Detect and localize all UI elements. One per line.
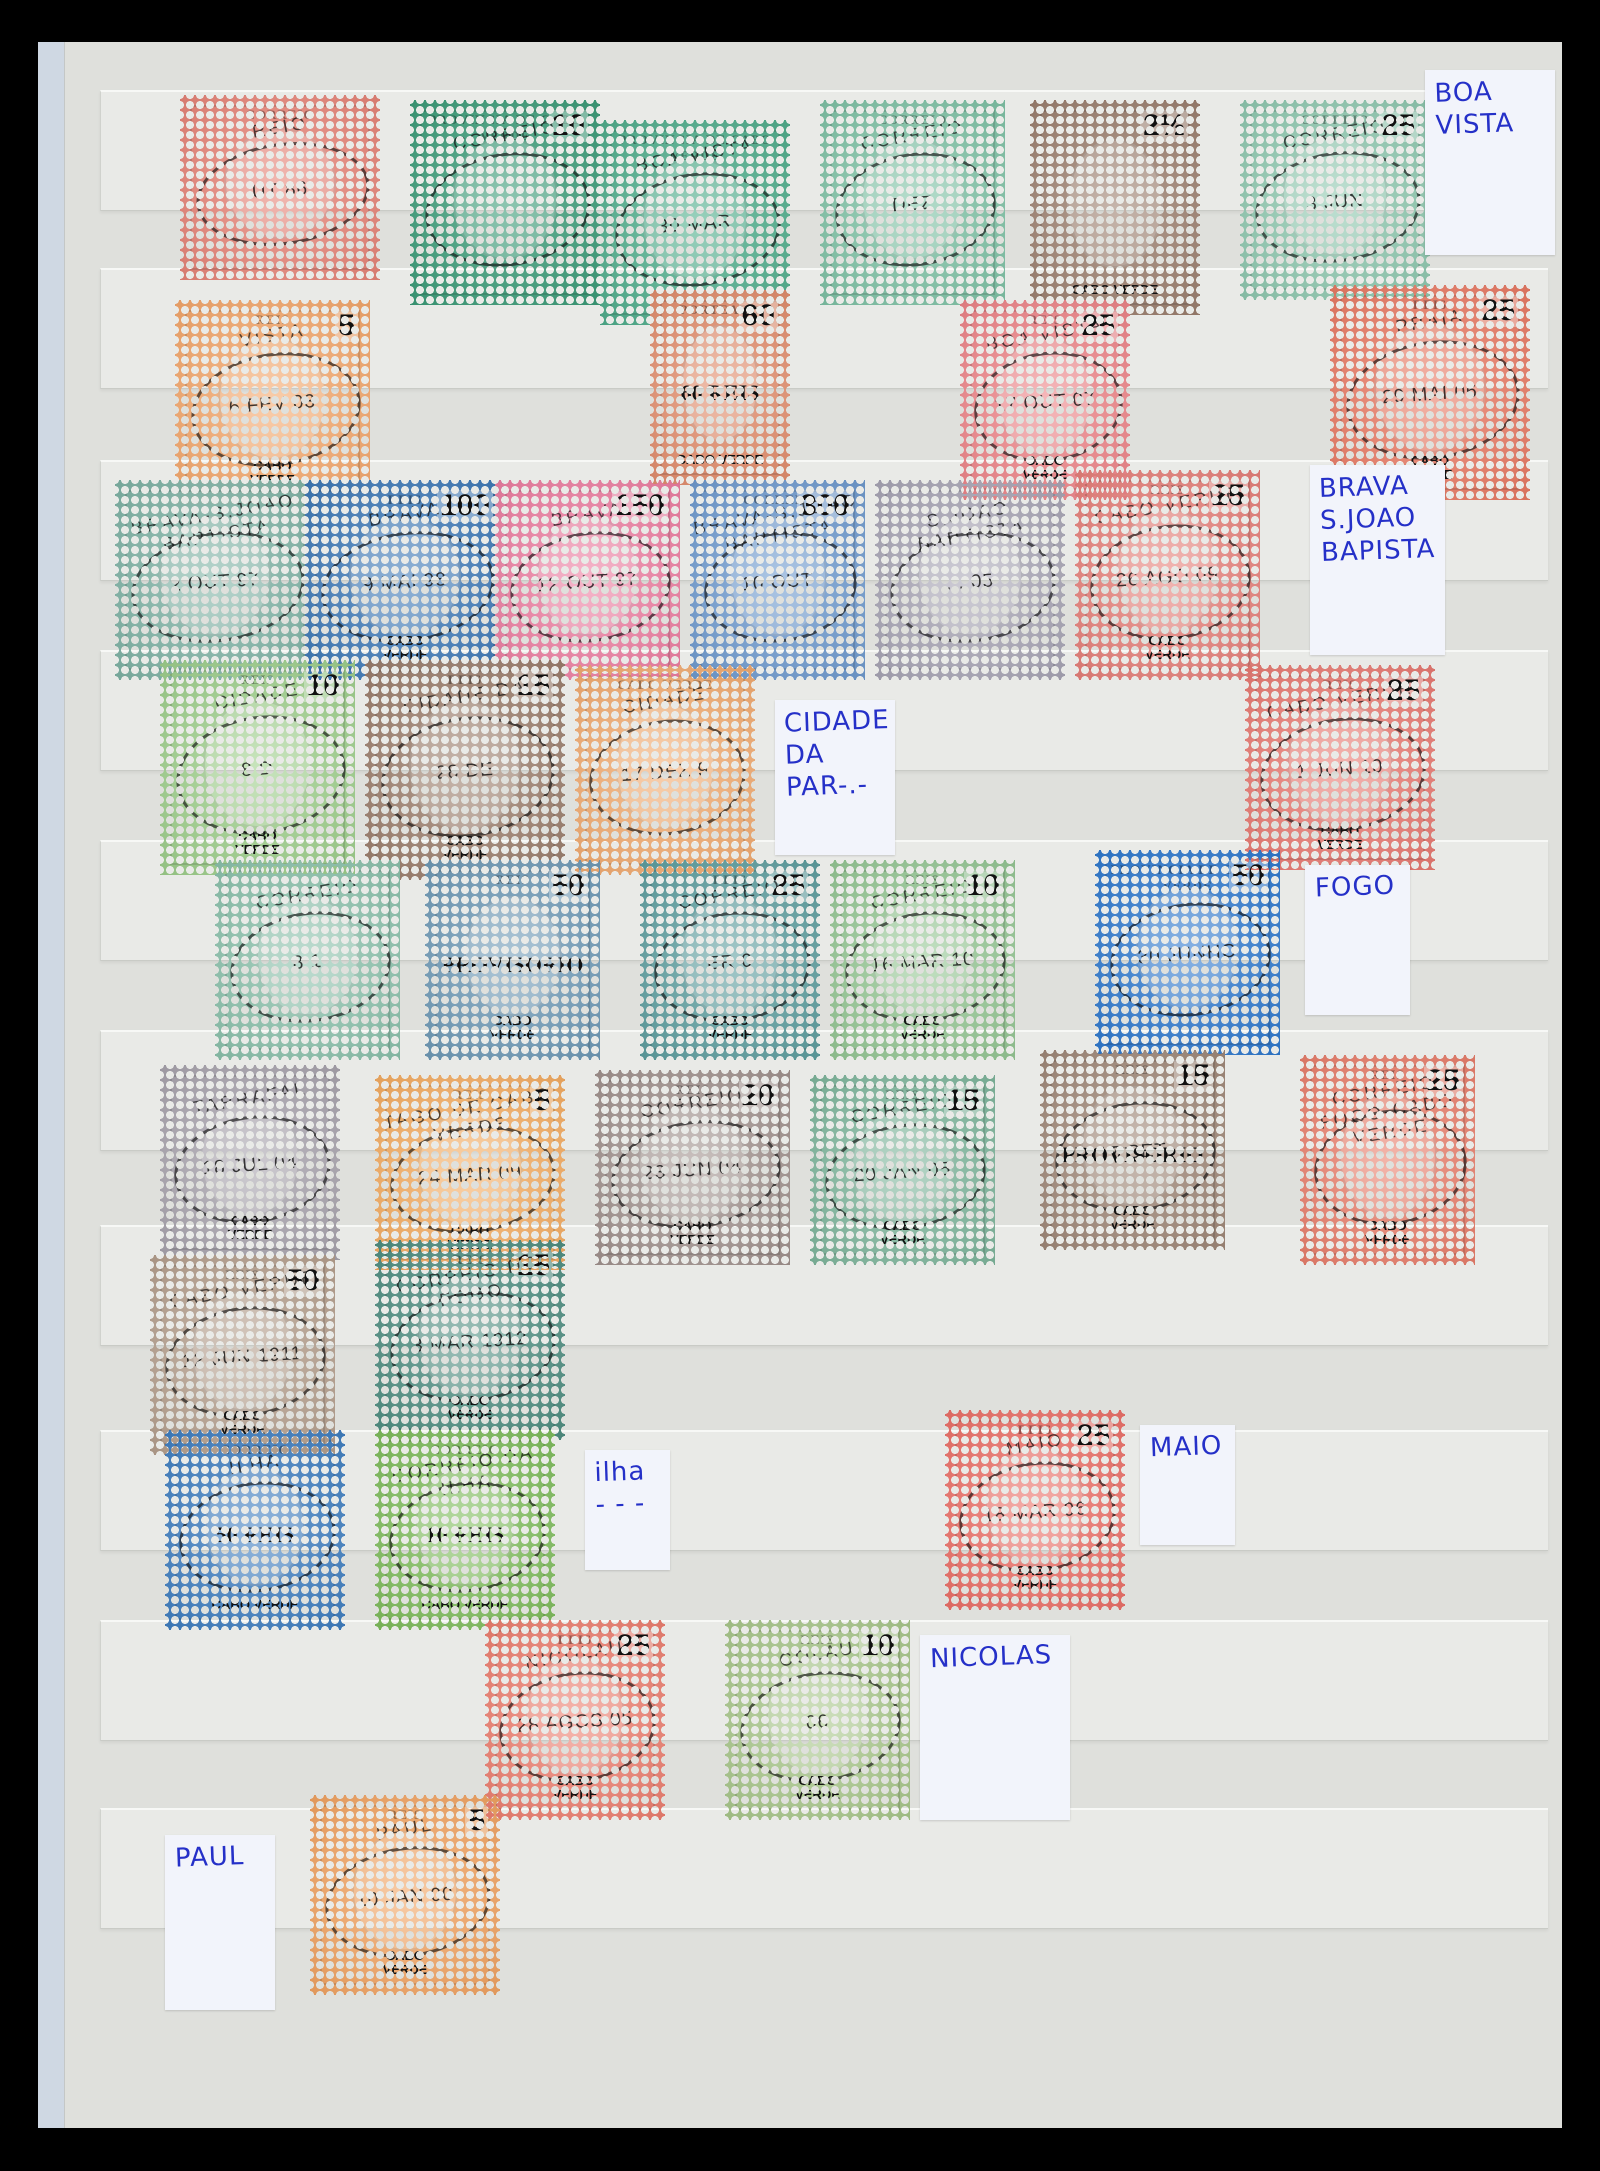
postage-stamp[interactable]: REIS100CABO VERDEBRAVA9 MAI 98 [305, 480, 505, 680]
postage-stamp[interactable]: CABO VERDETARRAFAL18 JUL 04 [160, 1065, 340, 1260]
postage-stamp[interactable]: PROVINCIA DE CABO VERDE10CORREIO [410, 100, 600, 305]
location-note-nicolas: NICOLAS [920, 1635, 1070, 1820]
handwritten-label: BRAVA S.JOAO BAPISTA [1308, 463, 1447, 576]
postage-stamp[interactable]: CORREIOCABO VERDE50 REISILHA [165, 1430, 345, 1630]
stamp-overprint: PROVISORIO [425, 952, 600, 978]
postage-stamp[interactable]: REIS10CABO VERDECOLAU06 [725, 1620, 910, 1820]
location-note-brava: BRAVA S.JOAO BAPISTA [1310, 465, 1445, 655]
postage-stamp[interactable]: REIS50CABO VERDECABO VERDE12 JUN 1911 [150, 1255, 335, 1455]
handwritten-label: FOGO [1304, 863, 1410, 911]
location-note-boa-vista: BOA VISTA [1425, 70, 1555, 255]
postage-stamp[interactable]: REIS25CABO VERDEMAIO18 MAR 06 [945, 1410, 1125, 1610]
postage-stamp[interactable]: REIS15CABO VERDEPROVISORIO17 SET [1040, 1050, 1225, 1250]
postage-stamp[interactable]: REIS25CABO VERDENICOLAU28 AGOS 05 [485, 1620, 665, 1820]
location-note-ilha: ilha - - - [585, 1450, 670, 1570]
location-note-paul: PAUL [165, 1835, 275, 2010]
stamp-overprint: 60 REIS [650, 380, 790, 406]
postage-stamp[interactable]: REIS20CABO VERDECORREIO23 JUN 04 [595, 1070, 790, 1265]
stamp-country-overprint: CABO VERDE [425, 1014, 600, 1042]
stamp-denomination: 60 [739, 300, 778, 332]
stamp-country-overprint: CABO VERDE [650, 453, 790, 467]
stamp-denomination: 15 [1174, 1060, 1213, 1092]
postage-stamp[interactable]: REIS15CABO VERDECIDADE DA28 DE [365, 660, 565, 880]
handwritten-label: MAIO [1139, 1423, 1235, 1470]
postage-stamp[interactable]: 150BRAVA12 OUT 97 [495, 480, 680, 680]
postage-stamp[interactable]: REIS5CABO VERDEPAUL10 JAN 00 [310, 1795, 500, 1995]
postage-stamp[interactable]: REIS25CABO VERDECABO VERDE1 JUN 10 [1245, 665, 1435, 870]
handwritten-label: BOA VISTA [1424, 68, 1557, 148]
postage-stamp[interactable]: REIS25CABO VERDECABO VERDE26 AGO 09 [1075, 470, 1260, 680]
postage-stamp[interactable]: CORREIO300BRAVA-S.JOAO BAPTISTA10 OUT [690, 480, 865, 680]
location-note-maio: MAIO [1140, 1425, 1235, 1545]
postage-stamp[interactable]: PROVINCIA DE CABO VERDE5030 JUNHO [1095, 850, 1280, 1055]
postage-stamp[interactable]: CORREIOCABO VERDE10 REISCORREIO DA ILHA [375, 1430, 555, 1630]
handwritten-label: CIDADE DA PAR-.- [773, 698, 897, 810]
postage-stamp[interactable]: REIS15CABO VERDECORREIO20 JAN 05 [810, 1075, 995, 1265]
stamp-country-overprint: CABO VERDE [375, 1598, 555, 1612]
postage-stamp[interactable]: PORTEADO60CABO VERDE60 REIS [650, 290, 790, 485]
postage-stamp[interactable]: CORREIO8 1 [215, 860, 400, 1060]
stamp-country-overprint: CABO VERDE [1030, 283, 1200, 297]
postage-stamp[interactable]: REIS15CABO VERDECORREIO DO FOGO3 MAR 191… [375, 1240, 565, 1440]
stamp-denomination: 50 [1229, 860, 1268, 892]
postage-stamp[interactable]: REIS5CABO VERDEVISTA6 FEV 03 [175, 300, 370, 505]
postage-stamp[interactable]: CORREIOREIOUT 86 [180, 95, 380, 280]
postage-stamp[interactable]: REIS10CABO VERDECORREIO16 MAR 10 [830, 860, 1015, 1060]
stamp-portrait-oval [1067, 139, 1162, 268]
postage-stamp[interactable]: REIS10CABO VERDECIDADE8 D [160, 660, 355, 875]
stamp-denomination: 2½ [1140, 110, 1188, 142]
postage-stamp[interactable]: S.JOAO BAPTISTA... 05 [875, 480, 1065, 680]
stockbook-page: CORREIOREIOUT 86PROVINCIA DE CABO VERDE1… [38, 42, 1562, 2128]
postage-stamp[interactable]: CORREIOCORREIODEZ [820, 100, 1005, 305]
handwritten-label: NICOLAS [919, 1632, 1070, 1681]
postage-stamp[interactable]: CABO VERDECIDADE17 DEZ 9 [575, 665, 755, 875]
location-note-fogo: FOGO [1305, 865, 1410, 1015]
stamp-country-overprint: CABO VERDE [365, 834, 565, 862]
postage-stamp[interactable]: REIS25CABO VERDECORREIOER 0 [640, 860, 820, 1060]
postage-stamp[interactable]: BRAVA-S.JOAO BAPTISTA2 OUT 97 [115, 480, 315, 680]
postage-stamp[interactable]: CORREIO25CORREIO3 JUN [1240, 100, 1430, 300]
stamp-denomination: 50 [549, 870, 588, 902]
stamp-country-overprint: CABO VERDE [165, 1598, 345, 1612]
location-note-cidade: CIDADE DA PAR-.- [775, 700, 895, 855]
page-spine [38, 42, 65, 2128]
handwritten-label: PAUL [164, 1833, 275, 1881]
postage-stamp[interactable]: REIS25CABO VERDECORREIO FOGO-CABO VERDE [1300, 1055, 1475, 1265]
postage-stamp[interactable]: 2½CABO VERDE [1030, 100, 1200, 315]
postage-stamp[interactable]: REIS50CABO VERDEPROVISORIO [425, 860, 600, 1060]
handwritten-label: ilha - - - [584, 1449, 672, 1528]
